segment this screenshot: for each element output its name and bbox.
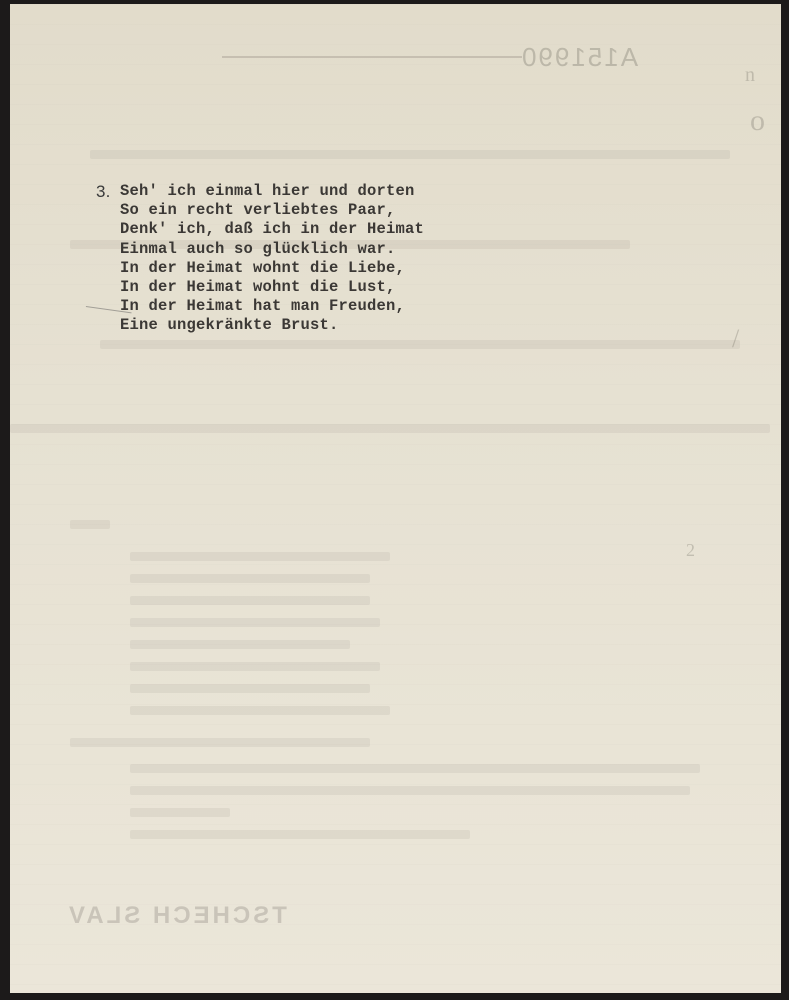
bleed-through-line xyxy=(130,808,230,817)
bleed-through-stamp: TSCHECH SLAV xyxy=(66,902,287,930)
verse-line: In der Heimat wohnt die Lust, xyxy=(120,278,424,297)
bleed-through-line xyxy=(130,830,470,839)
bleed-through-line xyxy=(130,596,370,605)
bleed-through-line xyxy=(130,618,380,627)
bleed-through-line xyxy=(130,764,700,773)
bleed-through-line xyxy=(70,520,110,529)
bleed-through-archive-number: A151990 xyxy=(520,42,638,73)
bleed-through-line xyxy=(100,340,740,349)
document-page: A151990 n o / 2 TSCHECH SLAV 3. Seh' ich… xyxy=(10,4,781,993)
bleed-through-line xyxy=(130,706,390,715)
bleed-through-mark: o xyxy=(750,104,765,138)
verse-line: So ein recht verliebtes Paar, xyxy=(120,201,424,220)
verse-line: Seh' ich einmal hier und dorten xyxy=(120,182,424,201)
bleed-through-mark: / xyxy=(732,324,739,354)
bleed-through-line xyxy=(70,738,370,747)
verse-line: In der Heimat hat man Freuden, xyxy=(120,297,424,316)
verse-number: 3. xyxy=(96,182,111,201)
bleed-through-line xyxy=(130,662,380,671)
verse-line: Eine ungekränkte Brust. xyxy=(120,316,424,335)
verse-line: Denk' ich, daß ich in der Heimat xyxy=(120,220,424,239)
verse-line: Einmal auch so glücklich war. xyxy=(120,240,424,259)
verse-line: In der Heimat wohnt die Liebe, xyxy=(120,259,424,278)
bleed-through-mark: 2 xyxy=(686,540,695,561)
bleed-through-mark: n xyxy=(745,64,755,87)
bleed-through-line xyxy=(90,150,730,159)
bleed-through-line xyxy=(130,640,350,649)
bleed-through-line xyxy=(130,552,390,561)
verse-lines: Seh' ich einmal hier und dorten So ein r… xyxy=(120,182,424,336)
bleed-through-line xyxy=(130,684,370,693)
bleed-through-line xyxy=(130,574,370,583)
verse-block: 3. Seh' ich einmal hier und dorten So ei… xyxy=(96,182,424,336)
bleed-through-line xyxy=(10,424,770,433)
bleed-through-rule xyxy=(222,56,522,58)
bleed-through-line xyxy=(130,786,690,795)
